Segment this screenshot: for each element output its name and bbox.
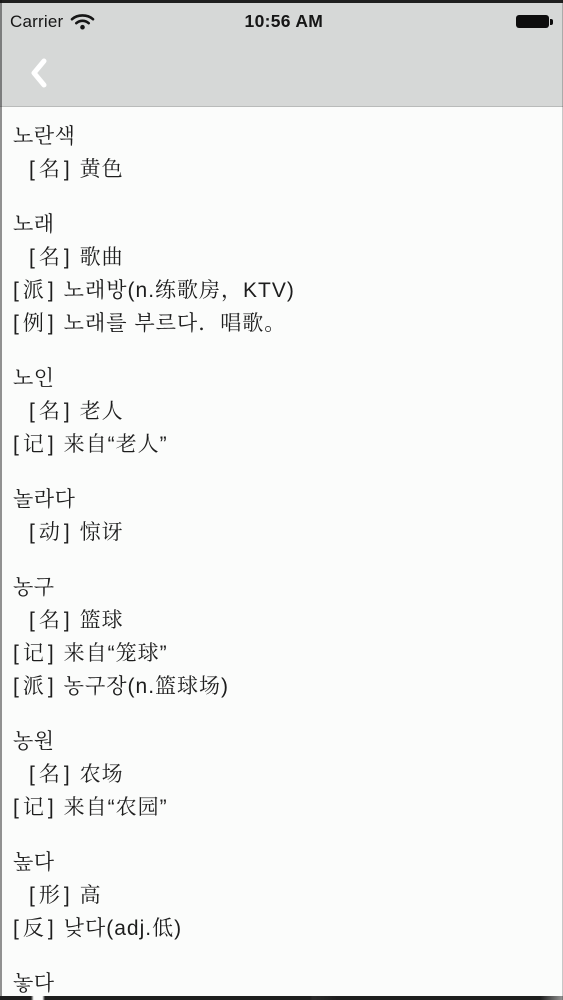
- entry-definition-line: [名]篮球: [13, 604, 549, 637]
- definition-text: 来自“老人”: [64, 433, 168, 456]
- definition-text: 惊讶: [80, 521, 124, 544]
- entry-word: 농구: [13, 571, 549, 604]
- entry-definition-line: [记]来自“笼球”: [13, 637, 549, 670]
- entry: 노래 [名]歌曲 [派]노래방(n.练歌房，KTV) [例]노래를 부르다．唱歌…: [13, 208, 549, 340]
- definition-tag: [名]: [29, 158, 74, 181]
- entry-word: 노래: [13, 208, 549, 241]
- entry: 노인 [名]老人 [记]来自“老人”: [13, 362, 549, 461]
- entry-word: 높다: [13, 846, 549, 879]
- battery-nub: [550, 19, 553, 25]
- carrier-label: Carrier: [10, 12, 63, 32]
- definition-text: 노래를 부르다．唱歌。: [64, 312, 287, 335]
- definition-text: 来自“农园”: [64, 796, 168, 819]
- definition-tag: [派]: [13, 675, 58, 698]
- definition-text: 노래방(n.练歌房，KTV): [64, 279, 295, 302]
- definition-tag: [例]: [13, 312, 58, 335]
- definition-text: 낮다(adj.低): [64, 917, 182, 940]
- definition-tag: [反]: [13, 917, 58, 940]
- entry-definition-line: [记]来自“老人”: [13, 428, 549, 461]
- entry-definition-line: [名]老人: [13, 395, 549, 428]
- definition-tag: [名]: [29, 609, 74, 632]
- entry: 노란색 [名]黄色: [13, 120, 549, 186]
- back-button[interactable]: [30, 51, 70, 95]
- entry: 놓다: [13, 967, 549, 999]
- entry: 농원 [名]农场 [记]来自“农园”: [13, 725, 549, 824]
- nav-bar: [0, 40, 563, 107]
- carrier-group: Carrier: [10, 12, 95, 32]
- definition-tag: [派]: [13, 279, 58, 302]
- status-bar: Carrier 10:56 AM: [0, 0, 563, 40]
- entry-definition-line: [记]来自“农园”: [13, 791, 549, 824]
- screenshot-left-border: [0, 0, 2, 1000]
- entry: 놀라다 [动]惊讶: [13, 483, 549, 549]
- definition-tag: [记]: [13, 642, 58, 665]
- entry-definition-line: [名]歌曲: [13, 241, 549, 274]
- entry-word: 농원: [13, 725, 549, 758]
- entry-word: 놀라다: [13, 483, 549, 516]
- entry-definition-line: [反]낮다(adj.低): [13, 912, 549, 945]
- definition-tag: [名]: [29, 400, 74, 423]
- entry-definition-line: [例]노래를 부르다．唱歌。: [13, 307, 549, 340]
- definition-tag: [名]: [29, 763, 74, 786]
- definition-text: 农场: [80, 763, 124, 786]
- entry-definition-line: [形]高: [13, 879, 549, 912]
- app-screen: Carrier 10:56 AM 노란색: [0, 0, 563, 1000]
- cutoff-next-line-artifact: [0, 996, 563, 1000]
- battery-icon: [516, 15, 553, 28]
- definition-text: 高: [80, 884, 102, 907]
- definition-text: 농구장(n.篮球场): [64, 675, 229, 698]
- definition-text: 来自“笼球”: [64, 642, 168, 665]
- definition-tag: [记]: [13, 796, 58, 819]
- definition-tag: [动]: [29, 521, 74, 544]
- definition-tag: [形]: [29, 884, 74, 907]
- entry-word: 노인: [13, 362, 549, 395]
- vocab-list[interactable]: 노란색 [名]黄色 노래 [名]歌曲 [派]노래방(n.练歌房，KTV) [例]…: [0, 107, 563, 999]
- definition-text: 歌曲: [80, 246, 124, 269]
- entry-word: 놓다: [13, 967, 549, 999]
- status-time: 10:56 AM: [245, 3, 324, 40]
- entry-word: 노란색: [13, 120, 549, 153]
- definition-text: 黄色: [80, 158, 124, 181]
- definition-text: 篮球: [80, 609, 124, 632]
- entry-definition-line: [名]黄色: [13, 153, 549, 186]
- entry-definition-line: [名]农场: [13, 758, 549, 791]
- entry-definition-line: [动]惊讶: [13, 516, 549, 549]
- definition-tag: [记]: [13, 433, 58, 456]
- screenshot-top-border: [0, 0, 563, 3]
- wifi-icon: [70, 13, 95, 30]
- entry-definition-line: [派]농구장(n.篮球场): [13, 670, 549, 703]
- entry: 높다 [形]高 [反]낮다(adj.低): [13, 846, 549, 945]
- definition-tag: [名]: [29, 246, 74, 269]
- entry-definition-line: [派]노래방(n.练歌房，KTV): [13, 274, 549, 307]
- battery-body: [516, 15, 549, 28]
- definition-text: 老人: [80, 400, 124, 423]
- entry: 농구 [名]篮球 [记]来自“笼球” [派]농구장(n.篮球场): [13, 571, 549, 703]
- chevron-left-icon: [30, 58, 47, 88]
